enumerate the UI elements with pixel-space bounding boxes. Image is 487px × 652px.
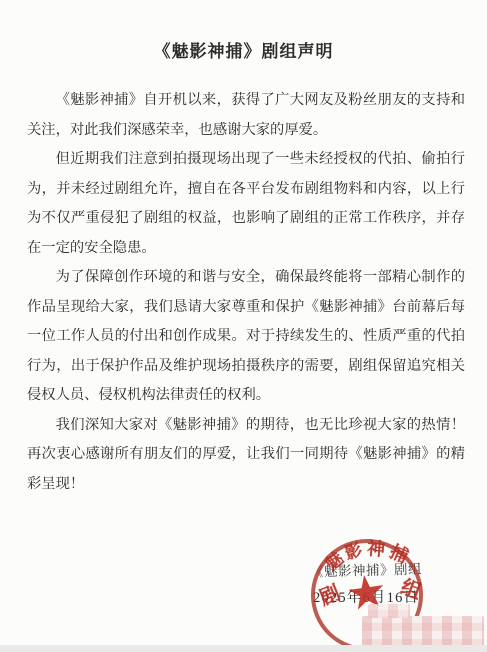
body-line: 但近期我们注意到拍摄现场出现了一些未经授权的代拍、偷拍行 — [27, 145, 465, 175]
page-title: 《魅影神捕》剧组声明 — [0, 37, 487, 62]
signature-block: 《魅影神捕》剧组 2025年6月16日 魅 影 神 捕 剧 组 ★ — [300, 530, 487, 652]
seal-arc-char: 捕 — [387, 542, 411, 566]
body-line: 侵权人员、侵权机构法律责任的权利。 — [27, 381, 465, 411]
statement-document-page: 《魅影神捕》剧组声明 《魅影神捕》自开机以来，获得了广大网友及粉丝朋友的支持和 … — [0, 0, 487, 652]
seal-arc-char: 剧 — [317, 583, 343, 609]
body-line: 再次衷心感谢所有朋友们的厚爱，让我们一同期待《魅影神捕》的精 — [27, 440, 465, 470]
photo-edge-strip — [0, 645, 487, 652]
body-line: 《魅影神捕》自开机以来，获得了广大网友及粉丝朋友的支持和 — [27, 86, 465, 116]
seal-arc-char: 神 — [366, 539, 385, 558]
body-line: 为了保障创作环境的和谐与安全，确保最终能将一部精心制作的 — [27, 263, 465, 293]
seal-arc-char: 影 — [343, 541, 364, 562]
body-line: 为不仅严重侵犯了剧组的权益，也影响了剧组的正常工作秩序，并存 — [27, 204, 465, 234]
body-line: 作品呈现给大家，我们恳请大家尊重和保护《魅影神捕》台前幕后每 — [27, 293, 465, 323]
statement-body: 《魅影神捕》自开机以来，获得了广大网友及粉丝朋友的支持和 关注，对此我们深感荣幸… — [27, 86, 465, 499]
blur-mosaic — [362, 616, 484, 647]
body-line: 行为，出于保护作品及维护现场拍摄秩序的需要，剧组保留追究相关 — [27, 352, 465, 382]
seal-arc-char: 组 — [398, 577, 424, 603]
body-line: 一位工作人员的付出和创作成果。对于持续发生的、性质严重的代拍 — [27, 322, 465, 352]
blur-mosaic-small — [368, 604, 410, 618]
body-line: 我们深知大家对《魅影神捕》的期待，也无比珍视大家的热情！ — [27, 411, 465, 441]
body-line: 彩呈现！ — [27, 470, 465, 500]
body-line: 关注，对此我们深感荣幸，也感谢大家的厚爱。 — [27, 116, 465, 146]
body-line: 为，并未经过剧组允许，擅自在各平台发布剧组物料和内容，以上行 — [27, 175, 465, 205]
body-line: 在一定的安全隐患。 — [27, 234, 465, 264]
